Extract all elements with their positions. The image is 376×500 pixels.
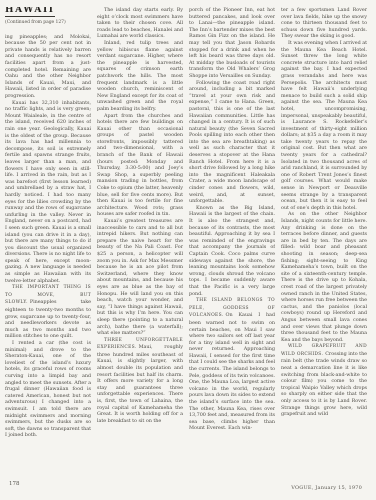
paragraph: Kauai has 32,310 inhabitants, no traffic…: [5, 100, 91, 285]
paragraph: It was evening when I arrived at the Mau…: [281, 40, 367, 211]
continuation-note: (Continued from page 127): [5, 20, 91, 27]
paragraph-text: Maui, roughly three hundred miles southe…: [97, 344, 183, 424]
column-4: ter a few sportsmen Land Rover over lava…: [281, 7, 367, 475]
paragraph: Known as the Big Island, Hawaii is the l…: [189, 205, 275, 297]
paragraph: ing pineapples; and Molokai, because the…: [5, 34, 91, 100]
magazine-page: HAWAII (Continued from page 127) ing pin…: [0, 0, 376, 500]
column-3: porch of the Pioneer Inn, eat hot butter…: [189, 7, 275, 475]
paragraph: porch of the Pioneer Inn, eat hot butter…: [189, 7, 275, 80]
paragraph: Inland, red tulip trees and yellow hibis…: [97, 40, 183, 113]
section-paragraph: WILD GRAPEFRUIT AND WILD ORCHIDS.Crossin…: [281, 343, 367, 418]
section-paragraph: THE IMPORTANT THING IS TO MOVE, BUT SLOW…: [5, 284, 91, 340]
paragraph: The island day starts early. By eight o’…: [97, 7, 183, 40]
paragraph: I rented a car (the cost is minimal) and…: [5, 340, 91, 439]
column-1: HAWAII (Continued from page 127) ing pin…: [5, 7, 91, 475]
article-title: HAWAII: [5, 7, 55, 17]
section-paragraph: THREE UNFORGETTABLE EXPERIENCES.Maui, ro…: [97, 337, 183, 425]
paragraph: As on the other Neighbor Islands, night …: [281, 211, 367, 343]
page-number: 178: [9, 481, 20, 487]
section-paragraph: THE ISLAND BELONGS TO PELE, GODDESS OF V…: [189, 297, 275, 432]
paragraph-text: Crossing into the rain belt (the trade w…: [281, 351, 367, 417]
paragraph: Following the coast road right around, i…: [189, 80, 275, 205]
paragraph: Kauai’s greatest treasures are inaccessi…: [97, 218, 183, 337]
magazine-credit: VOGUE, January 15, 1970: [291, 485, 362, 491]
paragraph: Apart from the churches and hotels there…: [97, 113, 183, 219]
article-columns: HAWAII (Continued from page 127) ing pin…: [5, 7, 371, 475]
paragraph-text: On Kauai I had been warned not to swim o…: [189, 312, 275, 431]
article-header: HAWAII (Continued from page 127): [5, 7, 91, 27]
paragraph: ter a few sportsmen Land Rover over lava…: [281, 7, 367, 40]
paragraph-text: Pineapples take eighteen to twenty-two m…: [5, 299, 91, 339]
column-2: The island day starts early. By eight o’…: [97, 7, 183, 475]
